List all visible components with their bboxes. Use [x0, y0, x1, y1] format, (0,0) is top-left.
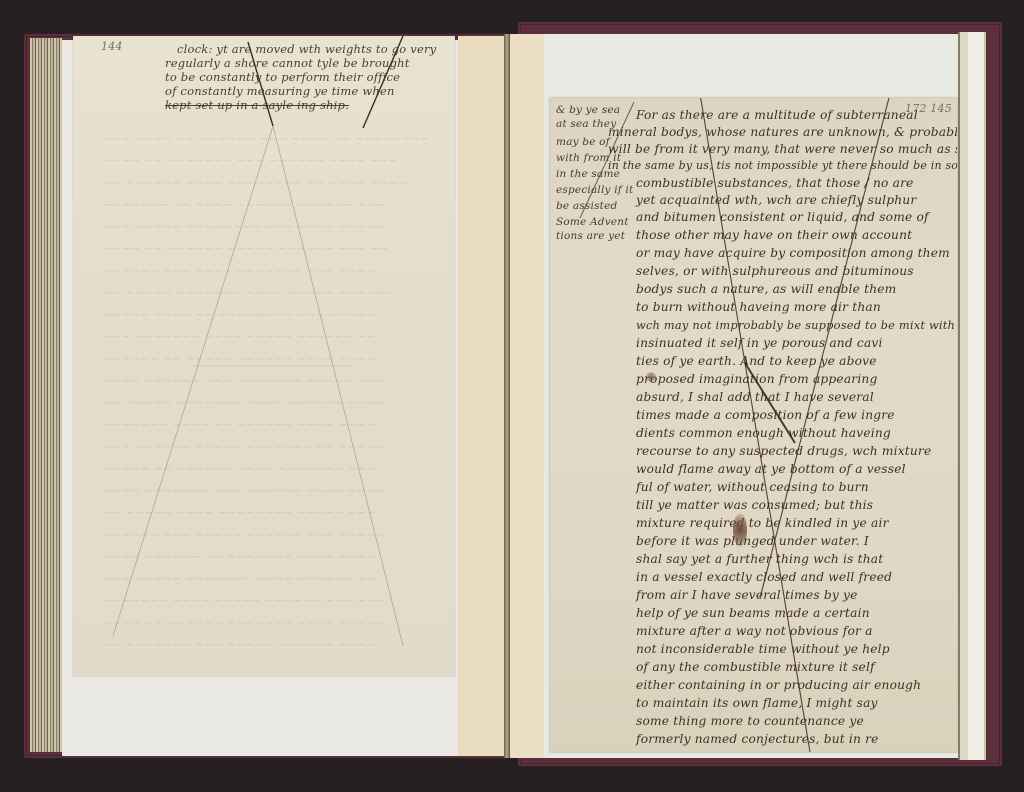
text-line: in the same by us, tis not impossible yt… — [608, 159, 957, 172]
heading-line: clock: yt are moved wth weights to go ve… — [177, 42, 436, 56]
text-line: not inconsiderable time without ye help — [636, 642, 890, 656]
ink-blot — [646, 372, 656, 382]
margin-note: especially if it — [556, 184, 633, 196]
text-line: from air I have several times by ye — [636, 588, 858, 602]
text-line: mixture required to be kindled in ye air — [636, 516, 889, 530]
text-line: ties of ye earth. And to keep ye above — [636, 354, 877, 368]
text-line: in a vessel exactly closed and well free… — [636, 570, 892, 584]
text-line: of any the combustible mixture it self — [636, 660, 875, 674]
margin-note: & by ye sea — [556, 104, 620, 116]
margin-note: be assisted — [556, 200, 617, 212]
right-leaf-edges — [958, 32, 986, 760]
text-line: For as there are a multitude of subterra… — [636, 108, 918, 122]
leaf-fore-edges — [30, 38, 62, 752]
left-gutter-guard — [458, 36, 506, 756]
text-line: insinuated it self in ye porous and cavi — [636, 336, 883, 350]
text-line: those other may have on their own accoun… — [636, 228, 912, 242]
text-line: mineral bodys, whose natures are unknown… — [608, 125, 957, 139]
text-line: mixture after a way not obvious for a — [636, 624, 873, 638]
text-line: to maintain its own flame, I might say — [636, 696, 878, 710]
ink-stain — [733, 513, 747, 547]
text-line: either containing in or producing air en… — [636, 678, 921, 692]
margin-note: Some Advent — [556, 216, 629, 228]
text-line: till ye matter was consumed; but this — [636, 498, 873, 512]
text-line: before it was plunged under water. I — [636, 534, 869, 548]
text-line: to burn without haveing more air than — [636, 300, 881, 314]
text-line: would flame away at ye bottom of a vesse… — [636, 462, 906, 476]
text-line: times made a composition of a few ingre — [636, 408, 895, 422]
text-line: formerly named conjectures, but in re — [636, 732, 879, 746]
right-gutter-guard — [510, 34, 544, 758]
text-line: bodys such a nature, as will enable them — [636, 282, 896, 296]
heading-line: regularly a shore cannot tyle be brought — [165, 56, 410, 70]
heading-line: kept set up in a sayle ing ship. — [165, 98, 349, 112]
left-manuscript-page: 144 clock: yt are moved wth weights to g… — [73, 36, 455, 676]
margin-note: may be of — [556, 136, 610, 148]
text-line: proposed imagination from appearing — [636, 372, 877, 386]
text-line: recourse to any suspected drugs, wch mix… — [636, 444, 931, 458]
margin-note: tions are yet — [556, 230, 625, 242]
heading-line: of constantly measuring ye time when — [165, 84, 395, 98]
text-line: shal say yet a further thing wch is that — [636, 552, 883, 566]
text-line: combustible substances, that those / no … — [636, 176, 914, 190]
text-line: absurd, I shal add that I have several — [636, 390, 874, 404]
text-line: and bitumen consistent or liquid, and so… — [636, 210, 929, 224]
text-line: selves, or with sulphureous and bitumino… — [636, 264, 914, 278]
text-line: ful of water, without ceasing to burn — [636, 480, 869, 494]
text-line: some thing more to countenance ye — [636, 714, 864, 728]
folio-number-left: 144 — [101, 40, 123, 53]
right-manuscript-page: 172 145 & by ye sea at sea they may be o… — [550, 98, 957, 752]
text-line: or may have acquire by composition among… — [636, 246, 950, 260]
heading-line: to be constantly to perform their office — [165, 70, 400, 84]
text-line: will be from it very many, that were nev… — [608, 142, 957, 156]
text-line: help of ye sun beams made a certain — [636, 606, 870, 620]
text-line: wch may not improbably be supposed to be… — [636, 318, 957, 332]
text-line: yet acquainted wth, wch are chiefly sulp… — [636, 193, 916, 207]
text-line: dients common enough without haveing — [636, 426, 891, 440]
